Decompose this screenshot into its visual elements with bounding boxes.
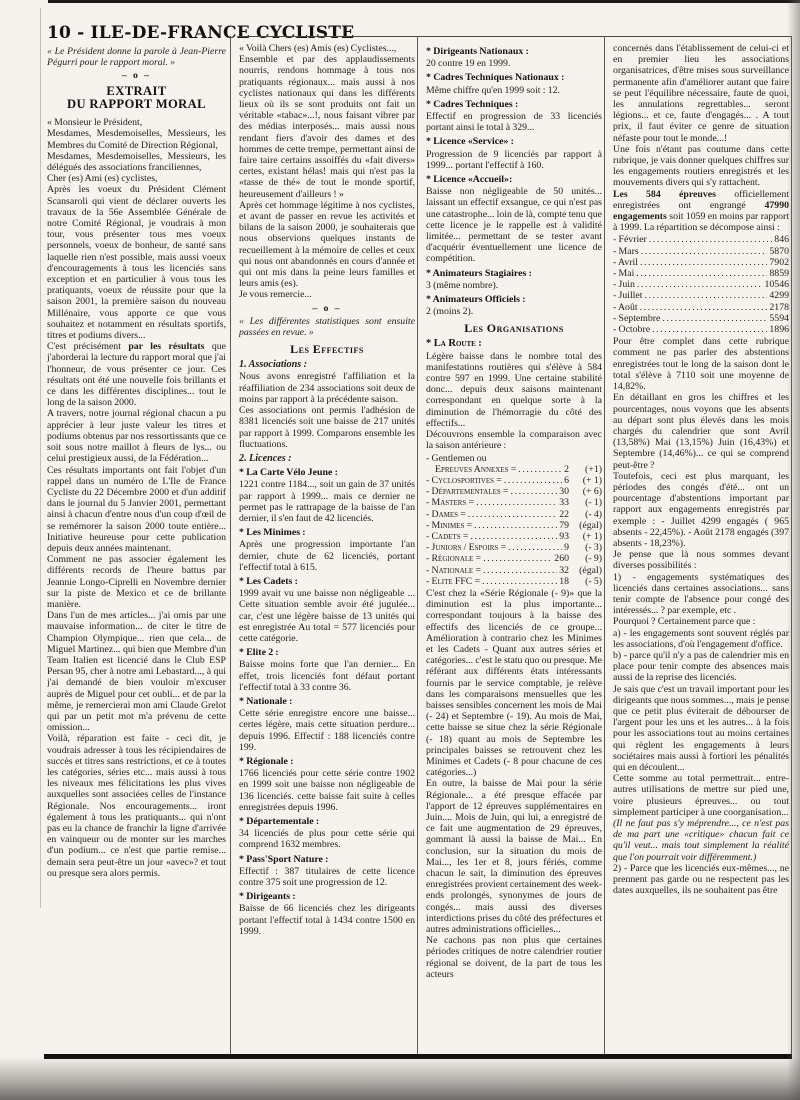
paragraph: concernés dans l'établissement de celui-… — [613, 43, 789, 144]
subsection-heading: 1. Associations : — [239, 359, 415, 370]
list-value: 93 — [559, 531, 569, 542]
dot-leader: ........................................… — [483, 565, 557, 576]
column-2: « Voilà Chers (es) Amis (es) Cyclistes..… — [239, 43, 415, 1051]
section-heading: Les Effectifs — [239, 343, 415, 356]
item-heading: * Les Minimes : — [239, 527, 415, 538]
article-title: EXTRAITDU RAPPORT MORAL — [47, 85, 226, 113]
paragraph: C'est précisément par les résultats que … — [47, 341, 226, 408]
paragraph: A travers, notre journal régional chacun… — [47, 408, 226, 464]
list-label-text: Nationale — [432, 565, 474, 576]
list-label: - Mai — [613, 268, 634, 279]
list-label-text: Départementales — [432, 486, 501, 497]
paragraph: « Voilà Chers (es) Amis (es) Cyclistes..… — [239, 43, 415, 54]
paragraph: Je pense que là nous sommes devant diver… — [613, 549, 789, 571]
dot-leader: ........................................… — [474, 520, 557, 531]
list-label: - Octobre — [613, 324, 650, 335]
scan-edge-top — [48, 0, 800, 3]
list-label: - Août — [613, 302, 638, 313]
paragraph: Une fois n'étant pas coutume dans cette … — [613, 144, 789, 189]
quote-paragraph: « Les différentes statistiques sont ensu… — [239, 316, 415, 338]
list-label: - Juillet — [613, 290, 642, 301]
list-row-prefix: - Gentlemen ou — [426, 453, 602, 464]
page-header-title: 10 - ILE-DE-FRANCE CYCLISTE — [47, 23, 354, 43]
paragraph: C'est chez la «Série Régionale (- 9)» qu… — [426, 588, 602, 778]
dot-leader: ........................................… — [641, 246, 768, 257]
dot-leader: ........................................… — [644, 290, 767, 301]
paragraph: Cette somme au total permettrait... entr… — [613, 773, 789, 818]
list-row: - Départementales =.....................… — [426, 486, 602, 497]
list-row: - Dames =...............................… — [426, 509, 602, 520]
paragraph: Nous avons enregistré l'affiliation et l… — [239, 371, 415, 405]
list-label: - Cadets = — [426, 531, 468, 542]
list-row: - Juniors / Espoirs =...................… — [426, 542, 602, 553]
item-heading: * Licence «Service» : — [426, 136, 602, 147]
list-label: - Régionale = — [426, 553, 481, 564]
list-delta: (égal) — [569, 565, 602, 576]
paragraph: Mesdames, Mesdemoiselles, Messieurs, les… — [47, 151, 226, 173]
dot-leader: ........................................… — [482, 576, 557, 587]
paragraph: b) - parce qu'il n'y a pas de calendrier… — [613, 650, 789, 684]
paragraph: Ensemble et par des applaudissements nou… — [239, 54, 415, 200]
paragraph: Dans l'un de mes articles... j'ai omis p… — [47, 610, 226, 733]
list-delta: (+1) — [569, 464, 602, 475]
column-divider-1 — [230, 36, 231, 1054]
list-label: - Mars — [613, 246, 639, 257]
dot-leader: ........................................… — [649, 234, 772, 245]
list-label-text: Epreuves Annexes — [435, 464, 509, 475]
list-label-text: Dames — [432, 509, 459, 520]
list-row: - Régionale =...........................… — [426, 553, 602, 564]
list-value: 30 — [559, 486, 569, 497]
paragraph: Après les voeux du Président Clément Sca… — [47, 184, 226, 341]
dot-leader: ........................................… — [636, 268, 767, 279]
dot-leader: ........................................… — [504, 475, 562, 486]
list-label-text: Régionale — [432, 553, 474, 564]
paragraph: 1999 avait vu une baisse non négligeable… — [239, 588, 415, 644]
item-heading: * Départementale : — [239, 816, 415, 827]
list-value: 33 — [559, 497, 569, 508]
paragraph: Ces associations ont permis l'adhésion d… — [239, 405, 415, 450]
month-list: - Février...............................… — [613, 234, 789, 335]
item-heading: * Cadres Techniques : — [426, 99, 602, 110]
list-value: 32 — [559, 565, 569, 576]
column-4: concernés dans l'établissement de celui-… — [613, 43, 789, 1051]
paragraph: Les 584 épreuves officiellement enregist… — [613, 189, 789, 234]
list-label: - Minimes = — [426, 520, 472, 531]
paragraph: 20 contre 19 en 1999. — [426, 58, 602, 69]
list-label: - Nationale = — [426, 565, 481, 576]
paragraph: Baisse non négligeable de 50 unités... l… — [426, 186, 602, 264]
list-label-text: Elite FFC — [432, 576, 473, 587]
column-1: « Le Président donne la parole à Jean-Pi… — [47, 46, 226, 1050]
item-heading: * Animateurs Stagiaires : — [426, 268, 602, 279]
paragraph: 3 (même nombre). — [426, 280, 602, 291]
dot-leader: ........................................… — [652, 324, 767, 335]
list-row: - Août..................................… — [613, 302, 789, 313]
section-heading: Les Organisations — [426, 322, 602, 335]
paragraph: 1766 licenciés pour cette série contre 1… — [239, 768, 415, 813]
paragraph: Voilà, réparation est faite - ceci dit, … — [47, 733, 226, 879]
list-row: - Masters =.............................… — [426, 497, 602, 508]
paragraph: Comment ne pas associer également les di… — [47, 554, 226, 610]
paragraph: 2) - Parce que les licenciés eux-mêmes..… — [613, 863, 789, 897]
item-heading: * La Route : — [426, 338, 602, 349]
dot-leader: ........................................… — [483, 553, 552, 564]
list-row: - Avril.................................… — [613, 257, 789, 268]
list-row: - Octobre...............................… — [613, 324, 789, 335]
list-value: 10546 — [765, 279, 790, 290]
paragraph: a) - les engagements sont souvent réglés… — [613, 628, 789, 650]
newspaper-page: 10 - ILE-DE-FRANCE CYCLISTE « Le Préside… — [0, 0, 800, 1100]
paragraph: 34 licenciés de plus pour cette série qu… — [239, 828, 415, 850]
item-heading: * Pass'Sport Nature : — [239, 854, 415, 865]
dot-leader: ........................................… — [468, 509, 557, 520]
list-label: - Juin — [613, 279, 635, 290]
paragraph: Cher (es) Ami (es) cyclistes, — [47, 173, 226, 184]
item-heading: * Elite 2 : — [239, 647, 415, 658]
paragraph: Effectif : 387 titulaires de cette licen… — [239, 866, 415, 888]
dot-leader: ........................................… — [476, 497, 557, 508]
section-divider: – o – — [47, 70, 226, 81]
paragraph: Pour être complet dans cette rubrique co… — [613, 336, 789, 392]
paragraph: Je sais que c'est un travail important p… — [613, 684, 789, 774]
list-delta: (- 1) — [569, 497, 602, 508]
item-heading: * Cadres Techniques Nationaux : — [426, 72, 602, 83]
scan-edge-bottom — [0, 1056, 800, 1100]
scan-edge-right — [787, 0, 800, 1100]
list-label-text: Minimes — [432, 520, 465, 531]
quote-paragraph: « Le Président donne la parole à Jean-Pi… — [47, 46, 226, 68]
list-delta: (+ 6) — [569, 486, 602, 497]
paragraph: Ces résultats importants ont fait l'obje… — [47, 465, 226, 555]
section-divider: – o – — [239, 303, 415, 314]
item-heading: * Les Cadets : — [239, 576, 415, 587]
dot-leader: ........................................… — [662, 313, 767, 324]
list-delta: (égal) — [569, 520, 602, 531]
list-row: - Mai...................................… — [613, 268, 789, 279]
item-heading: * Régionale : — [239, 756, 415, 767]
paragraph: 2 (moins 2). — [426, 306, 602, 317]
list-label: - Juniors / Espoirs = — [426, 542, 506, 553]
column-divider-3 — [604, 36, 605, 1054]
list-label: - Cyclosportives = — [426, 475, 502, 486]
list-row: - Mars..................................… — [613, 246, 789, 257]
paragraph: Je vous remercie... — [239, 289, 415, 300]
scan-fold-line — [40, 8, 41, 908]
top-rule — [237, 36, 791, 37]
article-title-line: DU RAPPORT MORAL — [47, 98, 226, 112]
list-label: - Février — [613, 234, 647, 245]
list-value: 18 — [559, 576, 569, 587]
list-row: - Elite FFC =...........................… — [426, 576, 602, 587]
quote-paragraph: (Il ne faut pas s'y méprendre..., ce n'e… — [613, 818, 789, 863]
item-heading: * Dirigeants Nationaux : — [426, 46, 602, 57]
list-label: - Dames = — [426, 509, 466, 520]
paragraph: Progression de 9 licenciés par rapport à… — [426, 149, 602, 171]
list-row: - Nationale =...........................… — [426, 565, 602, 576]
list-row: Epreuves Annexes =......................… — [426, 464, 602, 475]
column-3: * Dirigeants Nationaux :20 contre 19 en … — [426, 43, 602, 1051]
paragraph: Ne cachons pas non plus que certaines pé… — [426, 935, 602, 980]
list-delta: (+ 1) — [569, 531, 602, 542]
subsection-heading: 2. Licences : — [239, 453, 415, 464]
list-delta: (- 9) — [569, 553, 602, 564]
paragraph: Baisse de 66 licenciés chez les dirigean… — [239, 903, 415, 937]
list-label-text: Cyclosportives — [432, 475, 495, 486]
list-delta: (- 4) — [569, 509, 602, 520]
paragraph: Après cet hommage légitime à nos cyclist… — [239, 200, 415, 290]
stats-list: - Gentlemen ouEpreuves Annexes =........… — [426, 453, 602, 587]
dot-leader: ........................................… — [470, 531, 557, 542]
list-label-text: Cadets — [432, 531, 461, 542]
paragraph: 1) - engagements systématiques des licen… — [613, 572, 789, 617]
list-label: - Elite FFC = — [426, 576, 480, 587]
list-value: 79 — [559, 520, 569, 531]
list-label: - Départementales = — [426, 486, 509, 497]
list-row: - Cyclosportives =......................… — [426, 475, 602, 486]
list-row: - Février...............................… — [613, 234, 789, 245]
dot-leader: ........................................… — [640, 302, 768, 313]
list-row: - Septembre.............................… — [613, 313, 789, 324]
paragraph: Mesdames, Mesdemoiselles, Messieurs, les… — [47, 128, 226, 150]
item-heading: * Animateurs Officiels : — [426, 294, 602, 305]
list-value: 260 — [554, 553, 569, 564]
paragraph: Baisse moins forte que l'an dernier... E… — [239, 659, 415, 693]
paragraph: « Monsieur le Président, — [47, 117, 226, 128]
list-row: - Juin..................................… — [613, 279, 789, 290]
dot-leader: ........................................… — [508, 542, 562, 553]
list-label: - Septembre — [613, 313, 660, 324]
paragraph: Effectif en progression de 33 licenciés … — [426, 111, 602, 133]
list-label-text: Juniors / Espoirs — [432, 542, 499, 553]
item-heading: * Dirigeants : — [239, 891, 415, 902]
paragraph: Après une progression importante l'an de… — [239, 539, 415, 573]
list-label: - Avril — [613, 257, 638, 268]
paragraph: En détaillant en gros les chiffres et le… — [613, 392, 789, 470]
paragraph: Découvrons ensemble la comparaison avec … — [426, 429, 602, 451]
list-delta: (- 5) — [569, 576, 602, 587]
list-label-text: Masters — [432, 497, 467, 508]
list-delta: (+ 1) — [569, 475, 602, 486]
article-title-line: EXTRAIT — [47, 85, 226, 99]
dot-leader: ........................................… — [640, 257, 767, 268]
dot-leader: ........................................… — [637, 279, 763, 290]
list-value: 22 — [559, 509, 569, 520]
list-label: - Masters = — [426, 497, 474, 508]
list-row: - Cadets =..............................… — [426, 531, 602, 542]
item-heading: * La Carte Vélo Jeune : — [239, 467, 415, 478]
paragraph: 1221 contre 1184..., soit un gain de 37 … — [239, 479, 415, 524]
paragraph: Même chiffre qu'en 1999 soit : 12. — [426, 85, 602, 96]
column-divider-2 — [417, 36, 418, 1054]
list-row: - Juillet...............................… — [613, 290, 789, 301]
paragraph: Toutefois, ceci est plus marquant, les p… — [613, 471, 789, 549]
item-heading: * Licence «Accueil»: — [426, 174, 602, 185]
dot-leader: ........................................… — [518, 464, 562, 475]
paragraph: En outre, la baisse de Mai pour la série… — [426, 778, 602, 935]
paragraph: Pourquoi ? Certainement parce que : — [613, 616, 789, 627]
list-row: - Minimes =.............................… — [426, 520, 602, 531]
list-label: Epreuves Annexes = — [435, 464, 516, 475]
dot-leader: ........................................… — [511, 486, 558, 497]
paragraph: Cette série enregistre encore une baisse… — [239, 708, 415, 753]
list-delta: (- 3) — [569, 542, 602, 553]
paragraph: Légère baisse dans le nombre total des m… — [426, 351, 602, 429]
item-heading: * Nationale : — [239, 696, 415, 707]
